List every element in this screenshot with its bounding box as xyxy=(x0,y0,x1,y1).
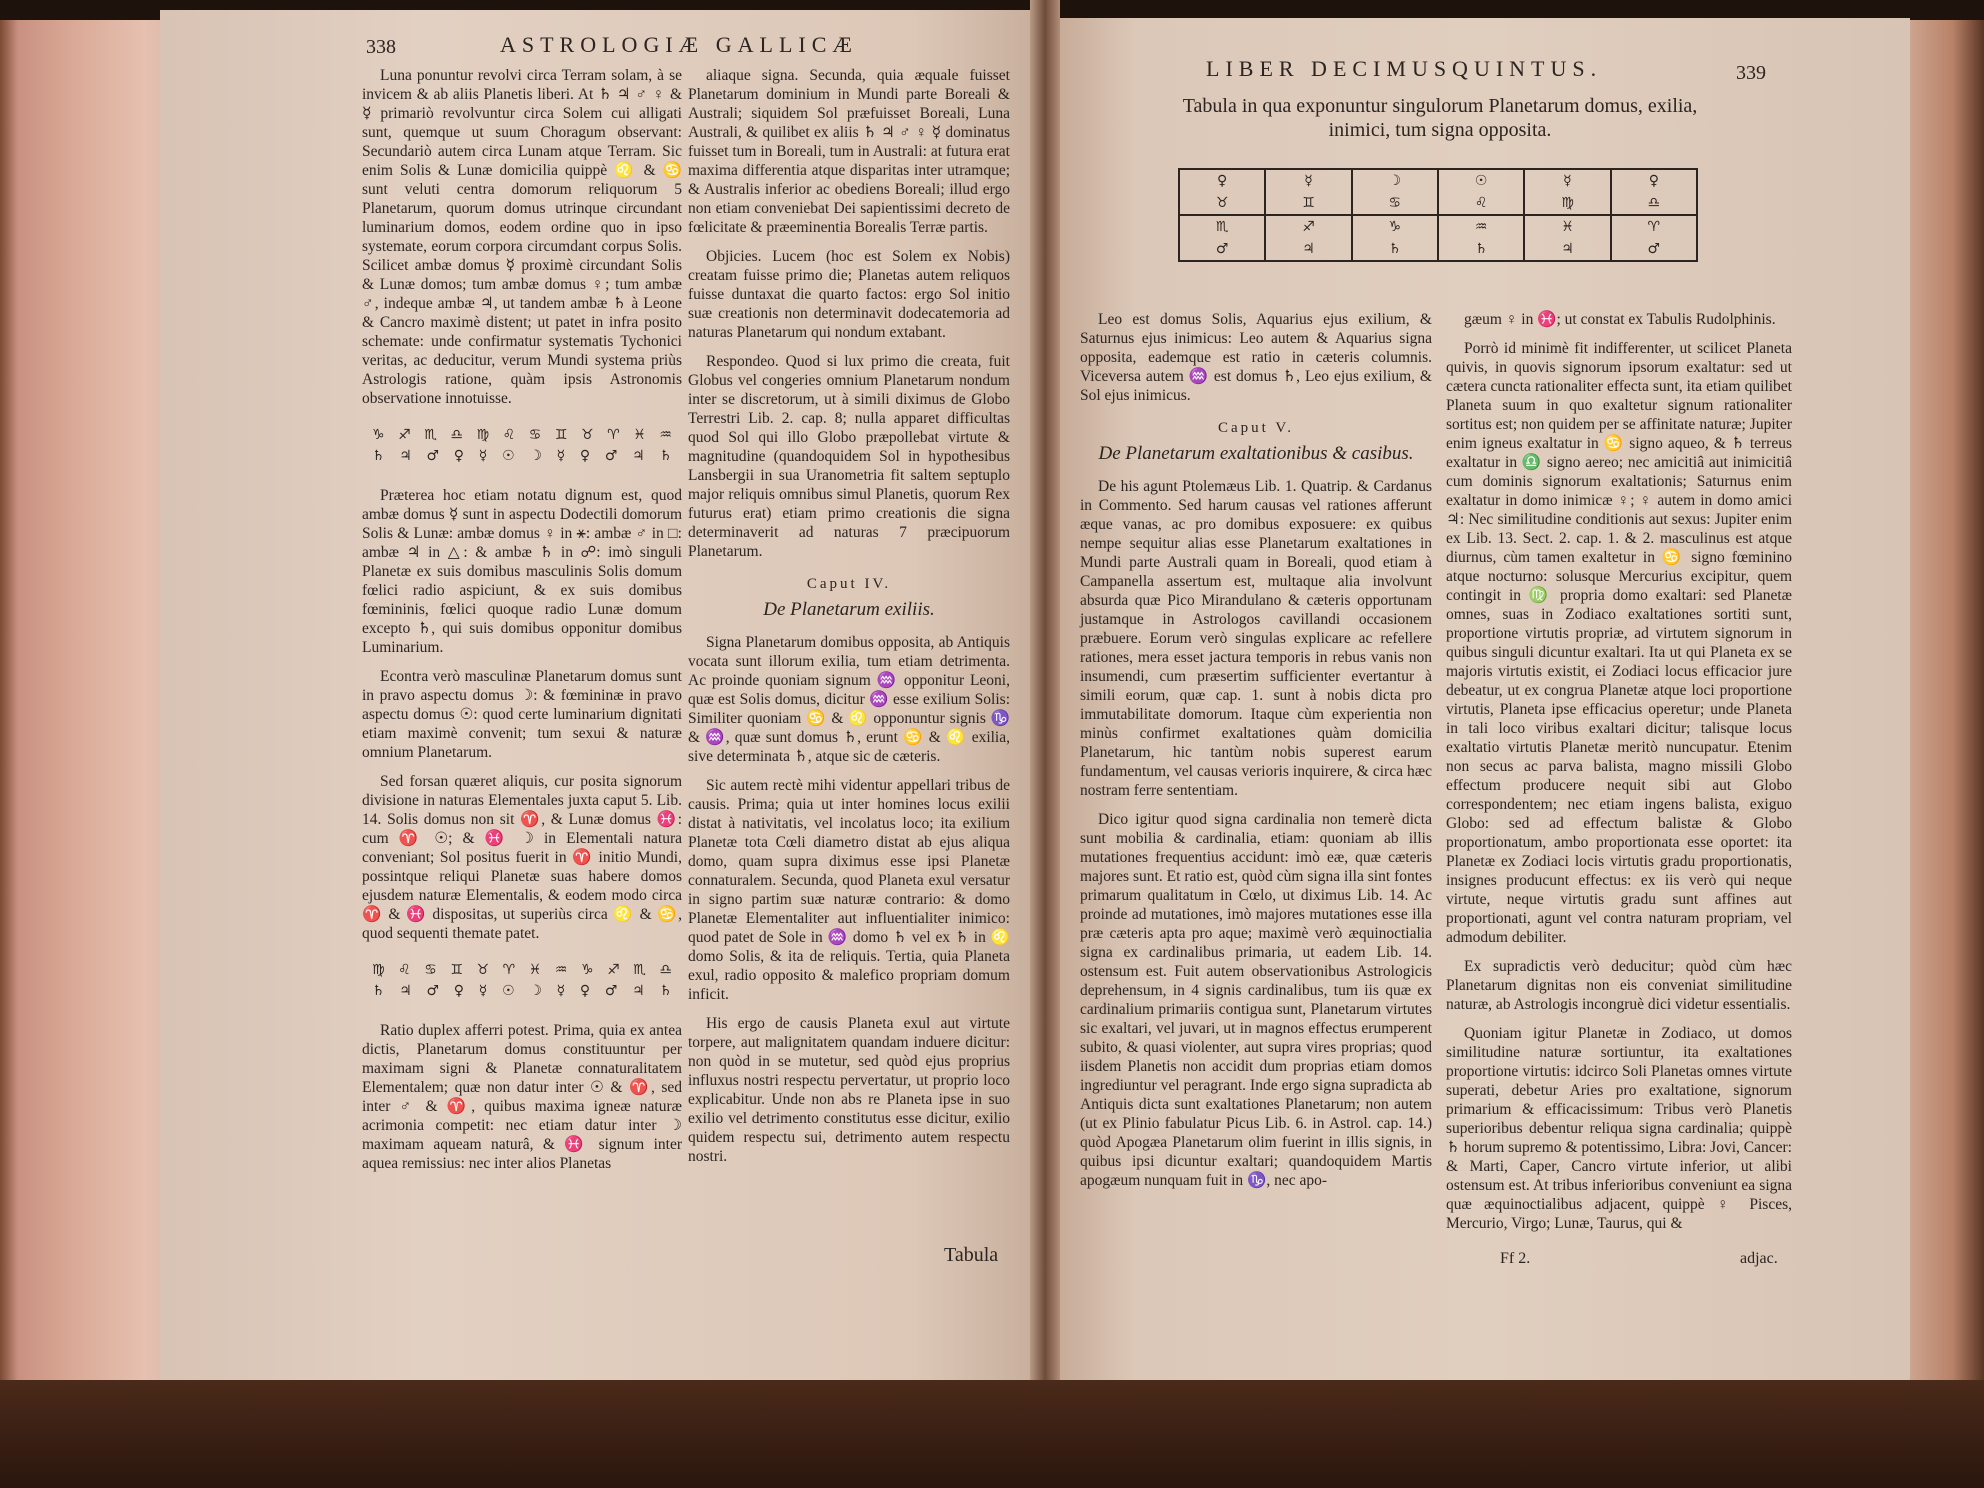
table-cell: ♍ xyxy=(1524,192,1610,215)
table-surface-bottom xyxy=(0,1380,1984,1488)
sign-glyph: ♐ xyxy=(398,426,411,445)
planet-glyph: ☉ xyxy=(502,447,515,466)
sign-glyph: ♉ xyxy=(477,961,490,980)
schema-signs-row: ♑ ♐ ♏ ♎ ♍ ♌ ♋ ♊ ♉ ♈ ♓ ♒ xyxy=(372,426,672,445)
planet-glyph: ♂ xyxy=(427,982,440,1001)
planet-glyph: ☿ xyxy=(557,447,566,466)
table-cell: ♄ xyxy=(1352,238,1438,261)
planet-glyph: ♂ xyxy=(427,447,440,466)
planet-glyph: ♃ xyxy=(632,447,645,466)
table-cell: ♐ xyxy=(1265,215,1351,238)
houses-schema-1: ♑ ♐ ♏ ♎ ♍ ♌ ♋ ♊ ♉ ♈ ♓ ♒ ♄ ♃ ♂ ♀ ☿ ☉ ☽ ☿ … xyxy=(362,426,682,466)
sign-glyph: ♋ xyxy=(424,961,437,980)
table-cell: ♒ xyxy=(1438,215,1524,238)
planet-glyph: ♃ xyxy=(399,447,412,466)
table-cell: ♄ xyxy=(1438,238,1524,261)
planet-glyph: ☽ xyxy=(529,447,542,466)
chapter-number: Caput IV. xyxy=(688,575,1010,594)
table-cell: ☿ xyxy=(1524,169,1610,192)
paragraph: Objicies. Lucem (hoc est Solem ex Nobis)… xyxy=(688,247,1010,342)
sign-glyph: ♈ xyxy=(503,961,516,980)
schema-planets-row: ♄ ♃ ♂ ♀ ☿ ☉ ☽ ☿ ♀ ♂ ♃ ♄ xyxy=(372,982,672,1001)
sign-glyph: ♑ xyxy=(372,426,385,445)
left-page-edges xyxy=(0,20,180,1400)
paragraph: gæum ♀ in ♓; ut constat ex Tabulis Rudol… xyxy=(1446,310,1792,329)
paragraph: Econtra verò masculinæ Planetarum domus … xyxy=(362,667,682,762)
paragraph: Porrò id minimè fit indifferenter, ut sc… xyxy=(1446,339,1792,947)
table-cell: ♃ xyxy=(1524,238,1610,261)
sign-glyph: ♎ xyxy=(659,961,672,980)
paragraph: Præterea hoc etiam notatu dignum est, qu… xyxy=(362,486,682,657)
table-cell: ♋ xyxy=(1352,192,1438,215)
table-cell: ♎ xyxy=(1611,192,1697,215)
sign-glyph: ♎ xyxy=(450,426,463,445)
table-cell: ♊ xyxy=(1265,192,1351,215)
table-cell: ☉ xyxy=(1438,169,1524,192)
chapter-title: De Planetarum exaltationibus & casibus. xyxy=(1080,444,1432,463)
planet-glyph: ♂ xyxy=(605,447,618,466)
table-cell: ♃ xyxy=(1265,238,1351,261)
paragraph: Quoniam igitur Planetæ in Zodiaco, ut do… xyxy=(1446,1024,1792,1233)
table-cell: ☽ xyxy=(1352,169,1438,192)
houses-schema-2: ♍ ♌ ♋ ♊ ♉ ♈ ♓ ♒ ♑ ♐ ♏ ♎ ♄ ♃ ♂ ♀ ☿ ☉ ☽ ☿ … xyxy=(362,961,682,1001)
sign-glyph: ♊ xyxy=(555,426,568,445)
paragraph: His ergo de causis Planeta exul aut virt… xyxy=(688,1014,1010,1166)
chapter-number: Caput V. xyxy=(1080,419,1432,438)
planet-glyph: ♄ xyxy=(659,982,672,1001)
planet-glyph: ♃ xyxy=(399,982,412,1001)
table-cell: ♀ xyxy=(1179,169,1265,192)
planet-glyph: ☿ xyxy=(557,982,566,1001)
schema-signs-row: ♍ ♌ ♋ ♊ ♉ ♈ ♓ ♒ ♑ ♐ ♏ ♎ xyxy=(372,961,672,980)
left-catchword: Tabula xyxy=(944,1244,998,1267)
planet-glyph: ☽ xyxy=(529,982,542,1001)
table-cell: ♏ xyxy=(1179,215,1265,238)
sign-glyph: ♓ xyxy=(529,961,542,980)
sign-glyph: ♊ xyxy=(450,961,463,980)
chapter-title: De Planetarum exiliis. xyxy=(688,600,1010,619)
planet-glyph: ♀ xyxy=(580,447,590,466)
paragraph: Dico igitur quod signa cardinalia non te… xyxy=(1080,810,1432,1190)
sign-glyph: ♒ xyxy=(555,961,568,980)
paragraph: Luna ponuntur revolvi circa Terram solam… xyxy=(362,66,682,408)
right-page-column-1: Leo est domus Solis, Aquarius ejus exili… xyxy=(1080,310,1432,1200)
right-page-edges xyxy=(1905,20,1984,1420)
right-page-column-2: gæum ♀ in ♓; ut constat ex Tabulis Rudol… xyxy=(1446,310,1792,1243)
table-cell: ♌ xyxy=(1438,192,1524,215)
sign-glyph: ♑ xyxy=(581,961,594,980)
planet-glyph: ♀ xyxy=(580,982,590,1001)
right-page-number: 339 xyxy=(1736,62,1766,85)
planet-glyph: ♄ xyxy=(372,982,385,1001)
signature-mark: Ff 2. xyxy=(1500,1250,1530,1268)
table-cell: ☿ xyxy=(1265,169,1351,192)
planet-glyph: ☿ xyxy=(479,447,488,466)
table-cell: ♓ xyxy=(1524,215,1610,238)
sign-glyph: ♋ xyxy=(529,426,542,445)
left-page-column-2: aliaque signa. Secunda, quia æquale fuis… xyxy=(688,66,1010,1176)
book-gutter xyxy=(1030,0,1060,1400)
paragraph: De his agunt Ptolemæus Lib. 1. Quatrip. … xyxy=(1080,477,1432,800)
paragraph: Sic autem rectè mihi videntur appellari … xyxy=(688,776,1010,1004)
planet-glyph: ☉ xyxy=(502,982,515,1001)
paragraph: Leo est domus Solis, Aquarius ejus exili… xyxy=(1080,310,1432,405)
sign-glyph: ♏ xyxy=(424,426,437,445)
left-page-column-1: Luna ponuntur revolvi circa Terram solam… xyxy=(362,66,682,1183)
left-running-head: ASTROLOGIÆ GALLICÆ xyxy=(500,32,858,58)
table-cell: ♈ xyxy=(1611,215,1697,238)
table-cell: ♉ xyxy=(1179,192,1265,215)
planet-glyph: ♄ xyxy=(372,447,385,466)
planet-glyph: ♀ xyxy=(454,447,464,466)
paragraph: Ratio duplex afferri potest. Prima, quia… xyxy=(362,1021,682,1173)
right-running-head: LIBER DECIMUSQUINTUS. xyxy=(1206,56,1602,82)
table-title: Tabula in qua exponuntur singulorum Plan… xyxy=(1180,94,1700,142)
sign-glyph: ♓ xyxy=(633,426,646,445)
planet-glyph: ☿ xyxy=(479,982,488,1001)
planet-glyph: ♂ xyxy=(605,982,618,1001)
sign-glyph: ♉ xyxy=(581,426,594,445)
left-page-number: 338 xyxy=(366,36,396,59)
planet-glyph: ♀ xyxy=(454,982,464,1001)
sign-glyph: ♌ xyxy=(398,961,411,980)
planet-glyph: ♃ xyxy=(632,982,645,1001)
sign-glyph: ♐ xyxy=(607,961,620,980)
table-cell: ♑ xyxy=(1352,215,1438,238)
sign-glyph: ♒ xyxy=(659,426,672,445)
table-cell: ♂ xyxy=(1179,238,1265,261)
table-cell: ♂ xyxy=(1611,238,1697,261)
planetary-dignities-table: ♀ ☿ ☽ ☉ ☿ ♀ ♉ ♊ ♋ ♌ ♍ ♎ ♏ ♐ ♑ ♒ ♓ ♈ ♂ ♃ … xyxy=(1178,168,1698,262)
paragraph: Respondeo. Quod si lux primo die creata,… xyxy=(688,352,1010,561)
sign-glyph: ♍ xyxy=(477,426,490,445)
planet-glyph: ♄ xyxy=(659,447,672,466)
sign-glyph: ♏ xyxy=(633,961,646,980)
schema-planets-row: ♄ ♃ ♂ ♀ ☿ ☉ ☽ ☿ ♀ ♂ ♃ ♄ xyxy=(372,447,672,466)
sign-glyph: ♈ xyxy=(607,426,620,445)
sign-glyph: ♍ xyxy=(372,961,385,980)
table-cell: ♀ xyxy=(1611,169,1697,192)
paragraph: Sed forsan quæret aliquis, cur posita si… xyxy=(362,772,682,943)
paragraph: Signa Planetarum domibus opposita, ab An… xyxy=(688,633,1010,766)
paragraph: aliaque signa. Secunda, quia æquale fuis… xyxy=(688,66,1010,237)
right-catchword: adjac. xyxy=(1740,1250,1778,1268)
sign-glyph: ♌ xyxy=(503,426,516,445)
paragraph: Ex supradictis verò deducitur; quòd cùm … xyxy=(1446,957,1792,1014)
